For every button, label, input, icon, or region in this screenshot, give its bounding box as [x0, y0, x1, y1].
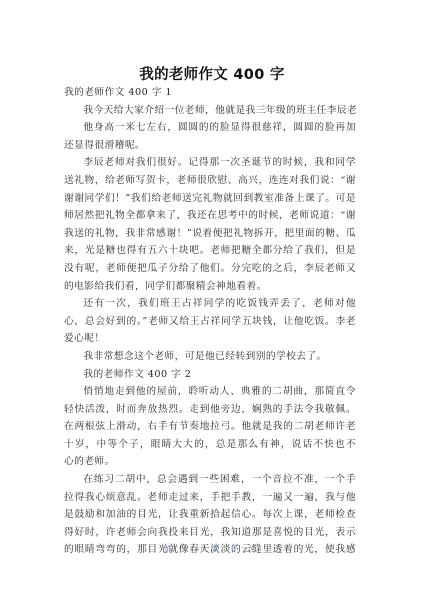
text-line: 的电影给我们看，同学们都聚精会神地看着。 — [64, 278, 356, 296]
text-line: 李辰老师对我们很好。记得那一次圣诞节的时候，我和同学们都去给老师 — [64, 154, 356, 172]
text-line: 是鼓励和加油的目光，让我重新拾起信心。每次上课，老师检查我的作业，拉 — [64, 506, 356, 524]
text-line: 悄悄地走到他的屋前，聆听动人、典雅的二胡曲，那简直令人陶醉。时而 — [64, 383, 356, 401]
text-line: 还有一次，我们班王占祥同学的吃饭钱弄丢了，老师对他说：“不要伤 — [64, 295, 356, 313]
text-line: 轻快活泼，时而奔放热烈。走到他旁边，娴熟的手法令我敬佩。左手忽上忽下 — [64, 401, 356, 419]
text-line: 得好时，许老师会向我投来目光，我知道那是喜悦的目光，表示我进步了。他 — [64, 524, 356, 542]
text-line: 在练习二胡中，总会遇到一些困难，一个音拉不准，一个手法一直不对， — [64, 471, 356, 489]
text-line: 谢谢同学们！”我们给老师送完礼物就回到教室准备上课了。可是没想到，老 — [64, 190, 356, 208]
text-line: 十岁，中等个子，眼睛大大的，总是那么有神，说话不快也不慢，是位很有耐 — [64, 436, 356, 454]
text-line: 他身高一米七左右，圆圆的的脸显得很慈祥，圆圆的脸再加上黑边眼镜， — [64, 119, 356, 137]
text-line: 师居然把礼物全都拿来了，我还在思考中的时候，老师说道：“谢谢同学们为 — [64, 207, 356, 225]
text-line: 心的老师。 — [64, 453, 356, 471]
text-line: 我送的礼物，我非常感谢！”说着便把礼物拆开，把里面的糖、瓜子都拿了出 — [64, 225, 356, 243]
document-body: 我的老师作文 400 字 1我今天给大家介绍一位老师，他就是我三年级的班主任李辰… — [64, 84, 356, 559]
text-line: 在两根弦上滑动，右手有节奏地拉弓。他就是我的二胡老师许老师。年龄四五 — [64, 418, 356, 436]
text-line: 还显得很滑稽呢。 — [64, 137, 356, 155]
text-line: 没有呢，老师便把瓜子分给了他们。分完吃的之后，李辰老师又放关于圣诞节 — [64, 260, 356, 278]
document-title: 我的老师作文 400 字 — [0, 63, 424, 84]
text-line: 我的老师作文 400 字 2 — [64, 366, 356, 384]
text-line: 我非常想念这个老师，可是他已经转到别的学校去了。 — [64, 348, 356, 366]
text-line: 我的老师作文 400 字 1 — [64, 84, 356, 102]
text-line: 拉得我心烦意乱。老师走过来，手把手教，一遍又一遍，我与他眼睛相撞，那 — [64, 489, 356, 507]
text-line: 心，总会好到的。”老师又给王占祥同学五块钱，让他吃饭。李老师还真是有 — [64, 313, 356, 331]
text-line: 来，光是糖也得有五六十块吧。老师把糖全都分给了我们，但是还有八个同学 — [64, 242, 356, 260]
text-line: 送礼物，给老师写贺卡，老师很欣慰、高兴，连连对我们说：“谢谢同学们！ — [64, 172, 356, 190]
page-footer: 第 1 页共 6 页 — [0, 544, 424, 554]
text-line: 我今天给大家介绍一位老师，他就是我三年级的班主任李辰老师。 — [64, 102, 356, 120]
text-line: 爱心呢！ — [64, 330, 356, 348]
